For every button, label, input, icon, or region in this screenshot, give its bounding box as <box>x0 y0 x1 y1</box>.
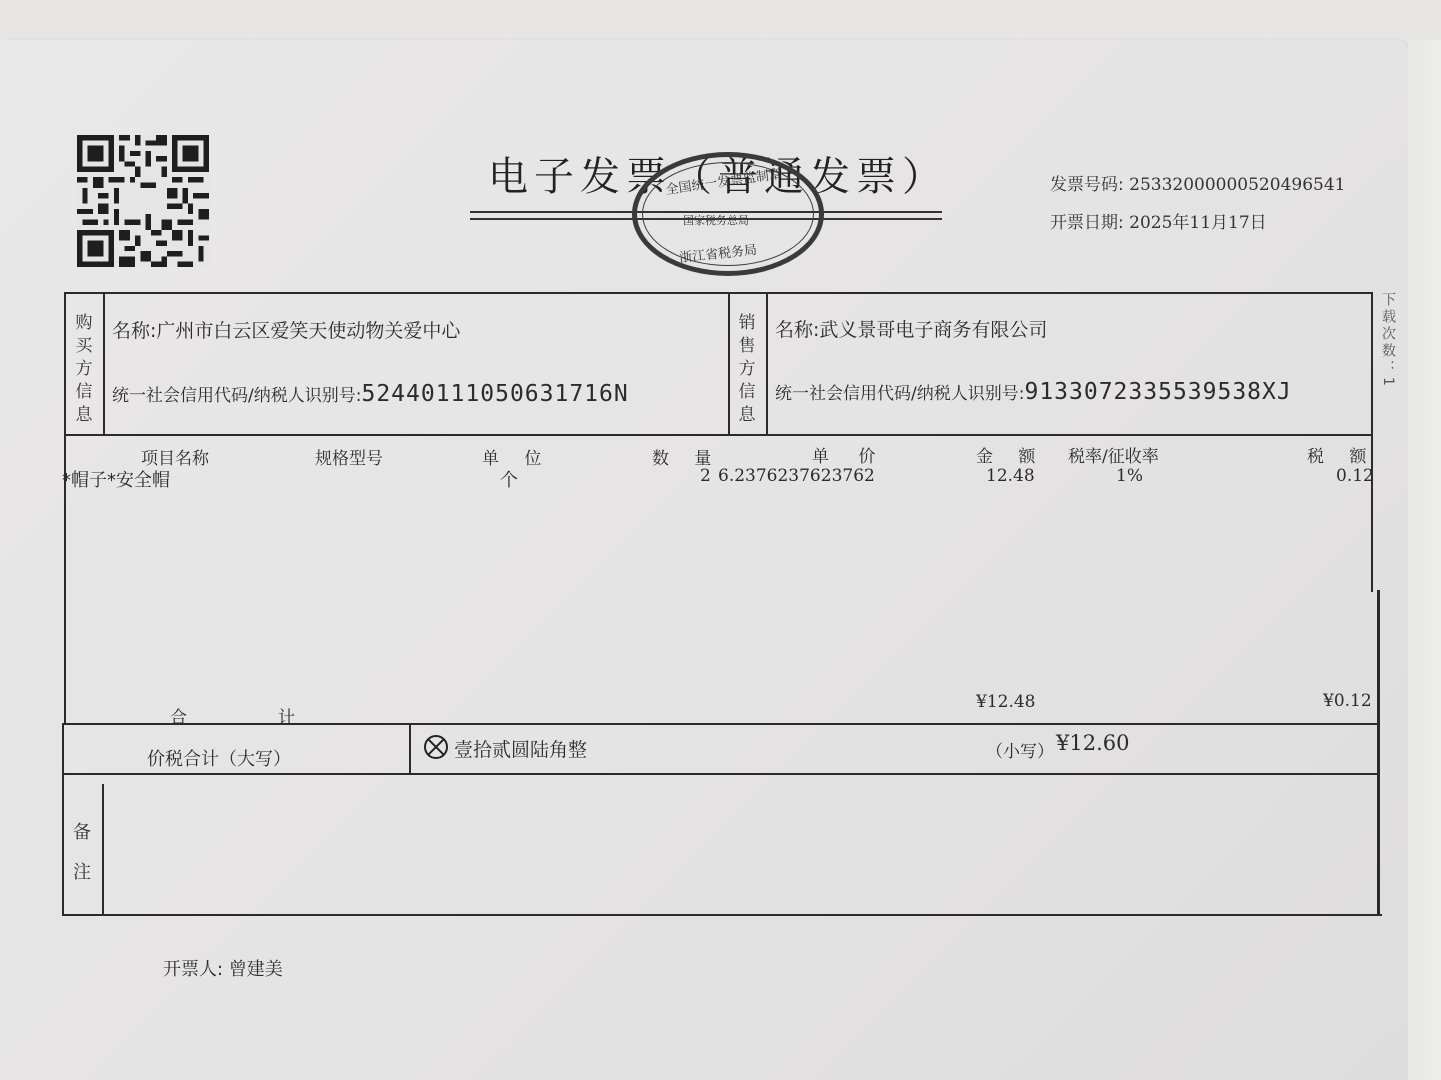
col-header-tax-rate: 税率/征收率 <box>1068 442 1159 467</box>
paper-edge <box>1408 40 1441 1080</box>
col-header-spec: 规格型号 <box>315 444 383 469</box>
circle-x-icon <box>424 735 448 759</box>
total-tax: ¥0.12 <box>1323 691 1372 711</box>
grand-total-amount: ¥12.60 <box>1056 731 1129 755</box>
table-left-border-lower <box>62 723 64 915</box>
seller-name-label: 名称: <box>775 319 819 341</box>
buyer-name-value: 广州市白云区爱笑天使动物关爱中心 <box>156 320 460 342</box>
seller-tax-id: 统一社会信用代码/纳税人识别号:9133072335539538XJ <box>775 379 1292 405</box>
col-header-amount: 金 额 <box>976 442 1045 467</box>
col-header-tax: 税 额 <box>1307 442 1376 467</box>
seller-tax-id-value: 9133072335539538XJ <box>1024 379 1291 405</box>
issuer: 开票人: 曾建美 <box>163 955 283 981</box>
grand-total-small-label: （小写） <box>986 737 1054 762</box>
invoice-number: 发票号码: 25332000000520496541 <box>1050 170 1345 195</box>
col-header-quantity: 数 量 <box>652 444 721 469</box>
table-right-border-lower <box>1377 590 1380 914</box>
qr-code-icon <box>77 135 209 267</box>
issuer-name: 曾建美 <box>229 959 283 980</box>
seal-middle-text: 国家税务总局 <box>683 212 749 228</box>
buyer-name-label: 名称: <box>112 320 156 342</box>
buyer-label-divider <box>103 292 105 434</box>
buyer-tax-id-value: 52440111050631716N <box>361 381 628 407</box>
seller-name-value: 武义景哥电子商务有限公司 <box>819 319 1047 341</box>
official-seal: 全国统一发票监制章 国家税务总局 浙江省税务局 <box>632 152 824 276</box>
total-amount: ¥12.48 <box>976 692 1035 712</box>
table-top-border <box>64 292 1372 294</box>
download-count: 下载次数：1 <box>1378 292 1398 389</box>
item-tax-rate: 1% <box>1116 466 1143 486</box>
seller-section-label: 销售方信息 <box>729 312 765 427</box>
invoice-number-label: 发票号码: <box>1050 175 1124 195</box>
seller-name: 名称:武义景哥电子商务有限公司 <box>775 315 1047 342</box>
invoice-number-value: 25332000000520496541 <box>1129 175 1345 195</box>
buyer-section-label: 购买方信息 <box>66 312 102 427</box>
grand-total-divider <box>409 723 411 774</box>
grand-total-words: 壹拾贰圆陆角整 <box>454 735 587 762</box>
seller-label-divider <box>766 292 768 434</box>
buyer-name: 名称:广州市白云区爱笑天使动物关爱中心 <box>112 316 460 343</box>
item-quantity: 2 <box>700 466 711 486</box>
remarks-label-1: 备 <box>73 818 91 844</box>
col-header-unit-price: 单 价 <box>812 442 887 467</box>
item-unit: 个 <box>500 466 518 492</box>
buyer-tax-id: 统一社会信用代码/纳税人识别号:52440111050631716N <box>112 381 629 407</box>
buyer-tax-id-label: 统一社会信用代码/纳税人识别号: <box>112 386 361 406</box>
party-bottom-border <box>64 434 1372 436</box>
issuer-label: 开票人: <box>163 959 223 980</box>
grand-total-border <box>62 773 1378 775</box>
item-amount: 12.48 <box>986 466 1035 486</box>
table-bottom-border <box>62 914 1382 916</box>
remarks-label-divider <box>102 784 104 915</box>
item-name: *帽子*安全帽 <box>62 466 170 492</box>
invoice-date-label: 开票日期: <box>1050 213 1124 233</box>
total-label-2: 计 <box>278 703 295 728</box>
seller-tax-id-label: 统一社会信用代码/纳税人识别号: <box>775 384 1024 404</box>
item-unit-price: 6.2376237623762 <box>718 466 875 486</box>
grand-total-label: 价税合计（大写） <box>147 745 291 771</box>
item-tax: 0.12 <box>1336 466 1374 486</box>
invoice-date-value: 2025年11月17日 <box>1129 213 1267 233</box>
invoice-date: 开票日期: 2025年11月17日 <box>1050 208 1267 233</box>
remarks-label-2: 注 <box>73 858 91 884</box>
total-label-1: 合 <box>170 703 187 728</box>
total-row-border <box>62 723 1378 725</box>
